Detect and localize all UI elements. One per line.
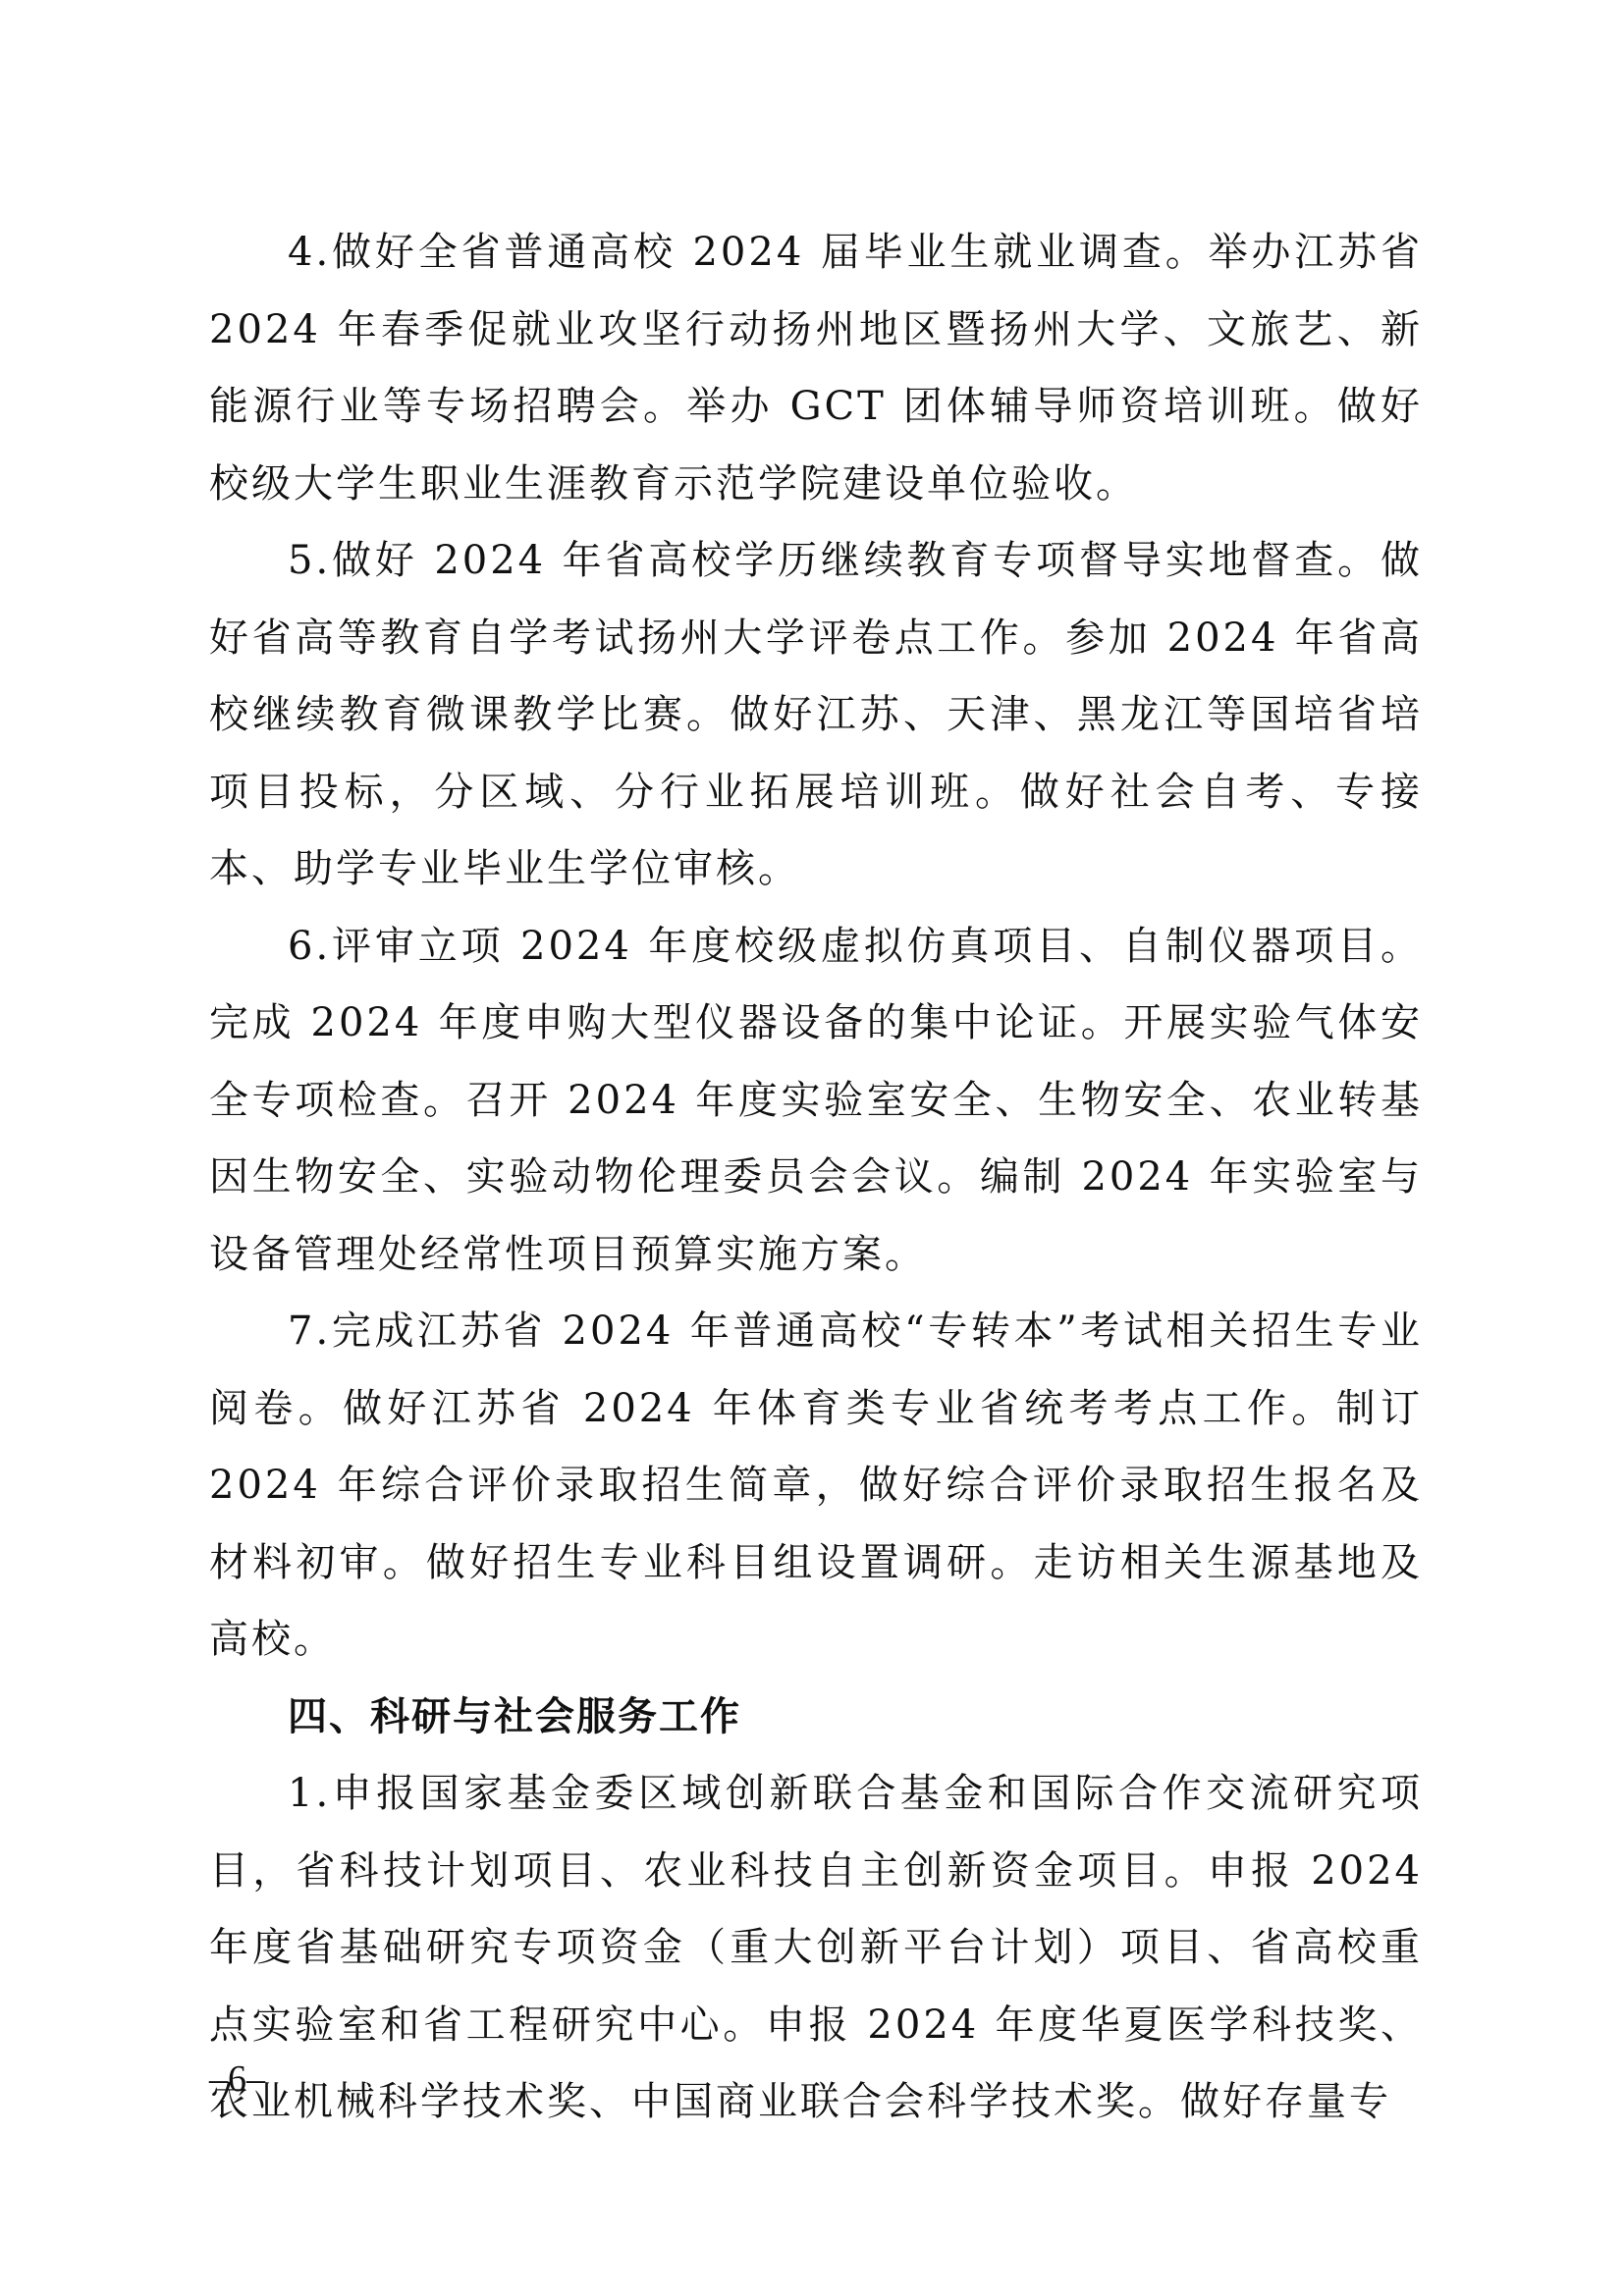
section-heading: 四、科研与社会服务工作 [209,1679,1423,1756]
section-paragraph-1: 1.申报国家基金委区域创新联合基金和国际合作交流研究项目，省科技计划项目、农业科… [209,1755,1423,2141]
document-page: 4.做好全省普通高校 2024 届毕业生就业调查。举办江苏省 2024 年春季促… [209,214,1423,2141]
paragraph-item-7: 7.完成江苏省 2024 年普通高校“专转本”考试相关招生专业阅卷。做好江苏省 … [209,1293,1423,1679]
paragraph-item-4: 4.做好全省普通高校 2024 届毕业生就业调查。举办江苏省 2024 年春季促… [209,214,1423,522]
paragraph-item-6: 6.评审立项 2024 年度校级虚拟仿真项目、自制仪器项目。完成 2024 年度… [209,908,1423,1294]
paragraph-item-5: 5.做好 2024 年省高校学历继续教育专项督导实地督查。做好省高等教育自学考试… [209,522,1423,908]
page-number: –6– [209,2057,265,2101]
